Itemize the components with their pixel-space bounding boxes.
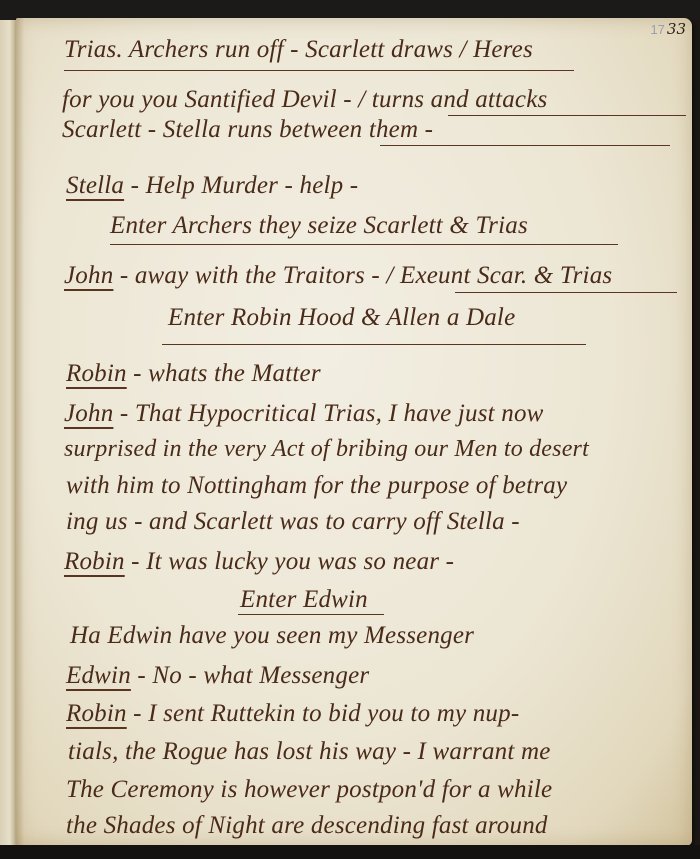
speaker-name: Robin: [64, 548, 125, 575]
manuscript-line: John - away with the Traitors - / Exeunt…: [64, 262, 612, 290]
speaker-name: Robin: [66, 700, 127, 727]
pencil-folio-number: 17: [650, 22, 664, 37]
scan-bottom-border: [0, 845, 700, 859]
stage-direction-rule: [380, 145, 670, 146]
manuscript-line: for you you Santified Devil - / turns an…: [62, 86, 547, 114]
speaker-name: Edwin: [66, 662, 131, 689]
manuscript-line: Trias. Archers run off - Scarlett draws …: [64, 36, 533, 64]
manuscript-line: the Shades of Night are descending fast …: [66, 812, 548, 840]
speaker-name: Robin: [66, 360, 127, 387]
manuscript-line: ing us - and Scarlett was to carry off S…: [66, 508, 520, 536]
speaker-name: Stella: [66, 172, 124, 199]
speaker-name: John: [64, 262, 113, 289]
stage-direction: Enter Edwin: [240, 586, 368, 614]
stage-direction-rule: [64, 70, 574, 71]
speaker-name: John: [64, 400, 113, 427]
manuscript-line: Scarlett - Stella runs between them -: [62, 116, 433, 144]
manuscript-line: Robin - It was lucky you was so near -: [64, 548, 454, 576]
manuscript-line: tials, the Rogue has lost his way - I wa…: [68, 738, 551, 766]
stage-direction-rule: [162, 344, 586, 345]
scan-top-border: [0, 0, 700, 20]
manuscript-line: John - That Hypocritical Trias, I have j…: [64, 400, 544, 428]
manuscript-line: Stella - Help Murder - help -: [66, 172, 358, 200]
stage-direction: Enter Robin Hood & Allen a Dale: [168, 304, 515, 332]
manuscript-line: Robin - I sent Ruttekin to bid you to my…: [66, 700, 519, 728]
left-page-edge: [0, 20, 17, 852]
manuscript-line: Ha Edwin have you seen my Messenger: [70, 622, 474, 650]
folio-number: 1733: [650, 20, 686, 38]
stage-direction-rule: [448, 115, 686, 116]
manuscript-line: Robin - whats the Matter: [66, 360, 321, 388]
stage-direction-rule: [455, 292, 677, 293]
manuscript-line: The Ceremony is however postpon'd for a …: [66, 776, 552, 804]
ink-folio-number: 33: [667, 20, 686, 38]
manuscript-line: Edwin - No - what Messenger: [66, 662, 369, 690]
manuscript-line: with him to Nottingham for the purpose o…: [66, 472, 567, 500]
manuscript-line: surprised in the very Act of bribing our…: [64, 436, 589, 463]
stage-direction: Enter Archers they seize Scarlett & Tria…: [110, 212, 528, 240]
stage-direction-rule: [110, 244, 618, 245]
stage-direction-rule: [238, 614, 384, 615]
